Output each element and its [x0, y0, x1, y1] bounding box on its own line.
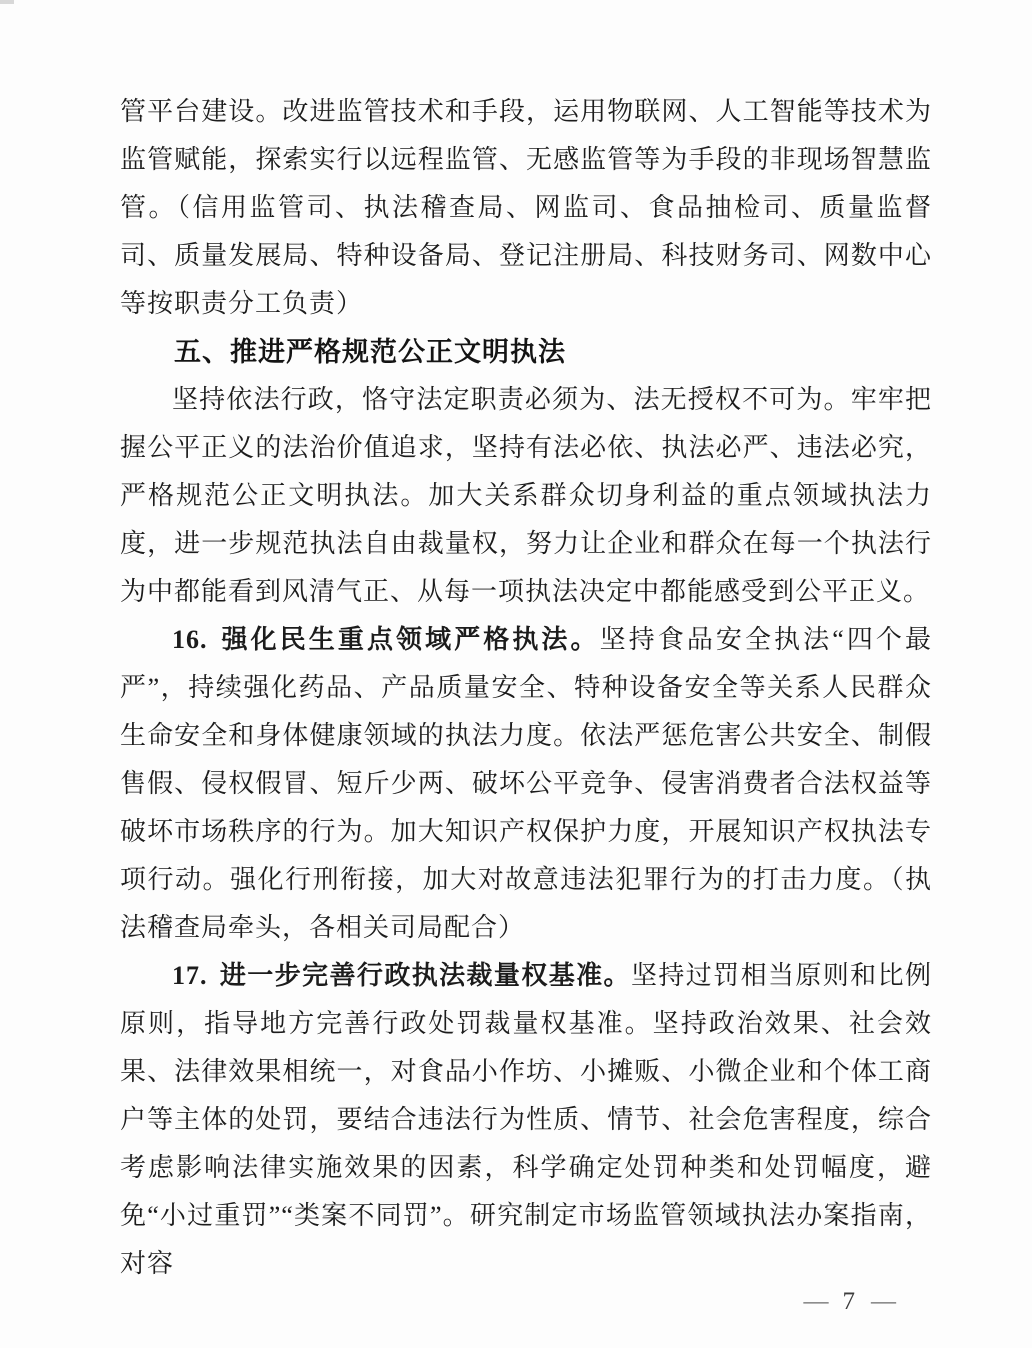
paragraph-item-16: 16.强化民生重点领域严格执法。坚持食品安全执法“四个最严”，持续强化药品、产品… [120, 616, 932, 952]
page-footer: — 7 — [804, 1286, 895, 1318]
item-17-body-text: 坚持过罚相当原则和比例原则，指导地方完善行政处罚裁量权基准。坚持政治效果、社会效… [120, 961, 932, 1278]
footer-dash-left: — [804, 1286, 827, 1318]
footer-page-number: 7 [843, 1286, 856, 1318]
item-16-lead-sentence: 强化民生重点领域严格执法。 [220, 625, 600, 654]
document-content: 管平台建设。改进监管技术和手段，运用物联网、人工智能等技术为监管赋能，探索实行以… [120, 88, 932, 1288]
paragraph-item-17: 17.进一步完善行政执法裁量权基准。坚持过罚相当原则和比例原则，指导地方完善行政… [120, 952, 932, 1288]
document-page: 管平台建设。改进监管技术和手段，运用物联网、人工智能等技术为监管赋能，探索实行以… [0, 0, 1032, 1348]
footer-dash-right: — [871, 1286, 894, 1318]
section-heading: 五、推进严格规范公正文明执法 [120, 328, 932, 376]
item-16-number: 16. [172, 625, 208, 654]
scan-artifact [0, 0, 14, 4]
item-17-lead-sentence: 进一步完善行政执法裁量权基准。 [220, 961, 631, 990]
paragraph-continuation: 管平台建设。改进监管技术和手段，运用物联网、人工智能等技术为监管赋能，探索实行以… [120, 88, 932, 328]
paragraph-section-intro: 坚持依法行政，恪守法定职责必须为、法无授权不可为。牢牢把握公平正义的法治价值追求… [120, 376, 932, 616]
item-17-number: 17. [172, 961, 208, 990]
item-16-body-text: 坚持食品安全执法“四个最严”，持续强化药品、产品质量安全、特种设备安全等关系人民… [120, 625, 932, 942]
